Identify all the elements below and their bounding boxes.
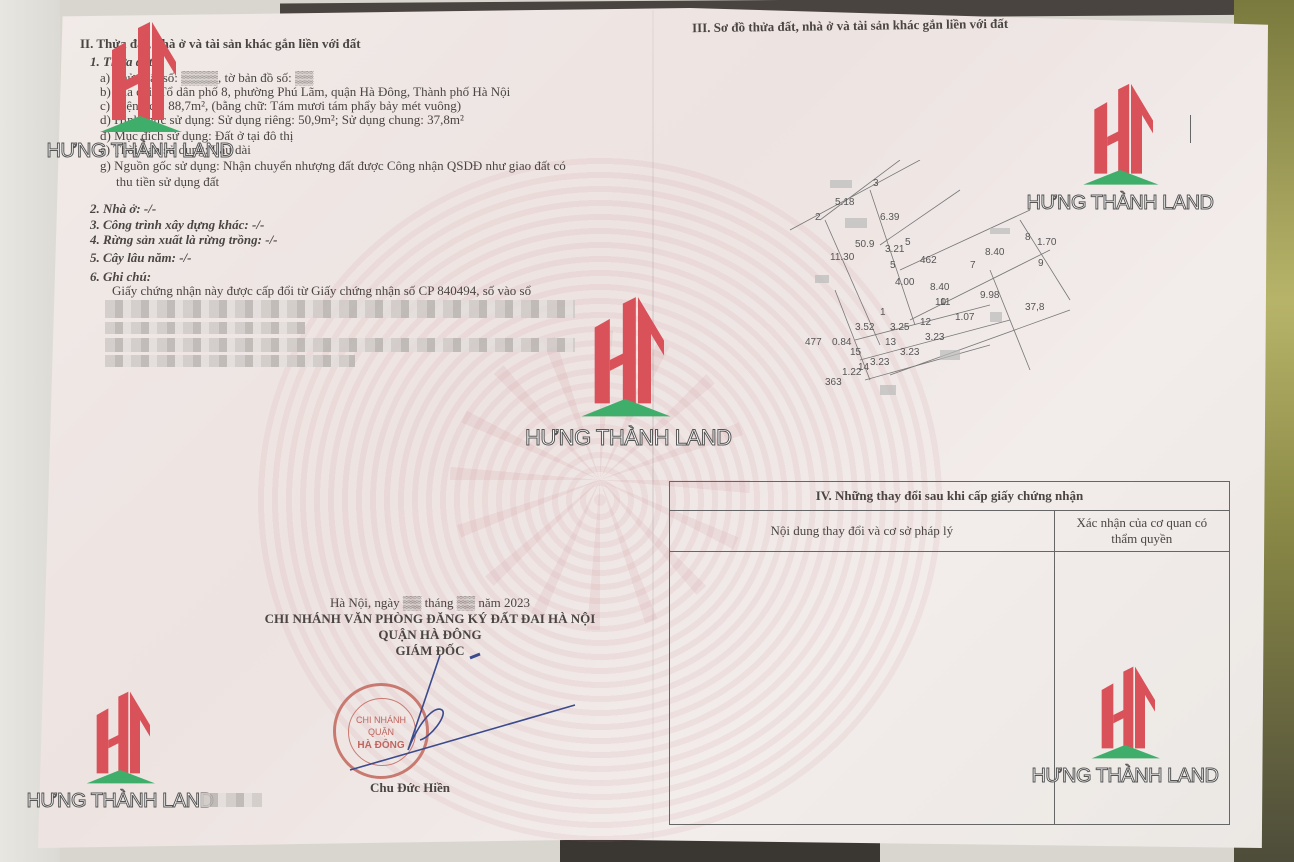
ht-logo-icon bbox=[75, 690, 165, 790]
changes-col-content: Nội dung thay đổi và cơ sở pháp lý bbox=[670, 511, 1055, 552]
svg-text:1: 1 bbox=[880, 307, 886, 318]
watermark-logo: HƯNG THÀNH LAND bbox=[1025, 665, 1225, 788]
redacted-note bbox=[105, 355, 355, 367]
svg-text:9.98: 9.98 bbox=[980, 290, 1000, 301]
svg-text:1.22: 1.22 bbox=[842, 367, 862, 378]
redacted-text bbox=[200, 793, 262, 807]
svg-text:11.30: 11.30 bbox=[830, 252, 855, 263]
svg-text:363: 363 bbox=[825, 377, 842, 388]
svg-text:4.00: 4.00 bbox=[895, 277, 915, 288]
svg-text:13: 13 bbox=[885, 337, 897, 348]
svg-text:3.23: 3.23 bbox=[925, 332, 945, 343]
watermark-logo: HƯNG THÀNH LAND bbox=[40, 20, 240, 163]
office-district: QUẬN HÀ ĐÔNG bbox=[230, 627, 630, 643]
svg-text:9: 9 bbox=[1038, 258, 1044, 269]
item-5-trees: 5. Cây lâu năm: -/- bbox=[90, 250, 191, 266]
signature-icon bbox=[330, 650, 590, 780]
svg-text:11: 11 bbox=[940, 297, 951, 308]
svg-text:7: 7 bbox=[970, 260, 976, 271]
svg-text:3.21: 3.21 bbox=[885, 244, 905, 255]
redacted-note bbox=[105, 338, 575, 352]
redacted-note bbox=[105, 300, 575, 318]
watermark-logo: HƯNG THÀNH LAND bbox=[1020, 82, 1220, 215]
watermark-logo: HƯNG THÀNH LAND bbox=[20, 690, 220, 813]
svg-text:5: 5 bbox=[905, 237, 911, 248]
svg-text:8.40: 8.40 bbox=[930, 282, 950, 293]
item-3-construction: 3. Công trình xây dựng khác: -/- bbox=[90, 217, 264, 233]
svg-text:1.70: 1.70 bbox=[1037, 237, 1057, 248]
svg-text:3.23: 3.23 bbox=[900, 347, 920, 358]
svg-text:0.84: 0.84 bbox=[832, 337, 852, 348]
svg-text:5.18: 5.18 bbox=[835, 197, 855, 208]
svg-text:1.07: 1.07 bbox=[955, 312, 975, 323]
svg-text:3.23: 3.23 bbox=[870, 357, 890, 368]
svg-text:6.39: 6.39 bbox=[880, 212, 900, 223]
item-2-house: 2. Nhà ở: -/- bbox=[90, 201, 156, 217]
changes-col-confirmation: Xác nhận của cơ quan có thẩm quyền bbox=[1054, 511, 1229, 552]
svg-text:3.52: 3.52 bbox=[855, 322, 875, 333]
note-line-1: Giấy chứng nhận này được cấp đổi từ Giấy… bbox=[112, 283, 531, 299]
svg-text:12: 12 bbox=[920, 317, 932, 328]
usage-origin-cont: thu tiền sử dụng đất bbox=[116, 174, 219, 190]
redacted-note bbox=[105, 322, 305, 334]
changes-content-cell bbox=[670, 552, 1055, 825]
item-4-forest: 4. Rừng sản xuất là rừng trồng: -/- bbox=[90, 232, 278, 248]
svg-text:8.40: 8.40 bbox=[985, 247, 1005, 258]
svg-text:3.25: 3.25 bbox=[890, 322, 910, 333]
svg-text:2: 2 bbox=[815, 212, 821, 223]
ht-logo-icon bbox=[90, 20, 190, 140]
section-4-title: IV. Những thay đổi sau khi cấp giấy chứn… bbox=[670, 482, 1230, 511]
office-name: CHI NHÁNH VĂN PHÒNG ĐĂNG KÝ ĐẤT ĐAI HÀ N… bbox=[230, 611, 630, 627]
ht-logo-icon bbox=[1070, 82, 1170, 192]
svg-text:15: 15 bbox=[850, 347, 862, 358]
watermark-logo-center: HƯNG THÀNH LAND bbox=[525, 295, 725, 451]
svg-text:50.9: 50.9 bbox=[855, 239, 875, 250]
svg-text:37,8: 37,8 bbox=[1025, 302, 1045, 313]
ht-logo-icon bbox=[1080, 665, 1170, 765]
place-date: Hà Nội, ngày ▒▒ tháng ▒▒ năm 2023 bbox=[230, 595, 630, 611]
ht-logo-icon bbox=[570, 295, 680, 425]
signer-name: Chu Đức Hiền bbox=[370, 780, 450, 796]
svg-text:462: 462 bbox=[920, 255, 937, 266]
svg-text:477: 477 bbox=[805, 337, 822, 348]
svg-text:5: 5 bbox=[890, 260, 896, 271]
svg-text:8: 8 bbox=[1025, 232, 1031, 243]
svg-text:3: 3 bbox=[873, 178, 879, 189]
